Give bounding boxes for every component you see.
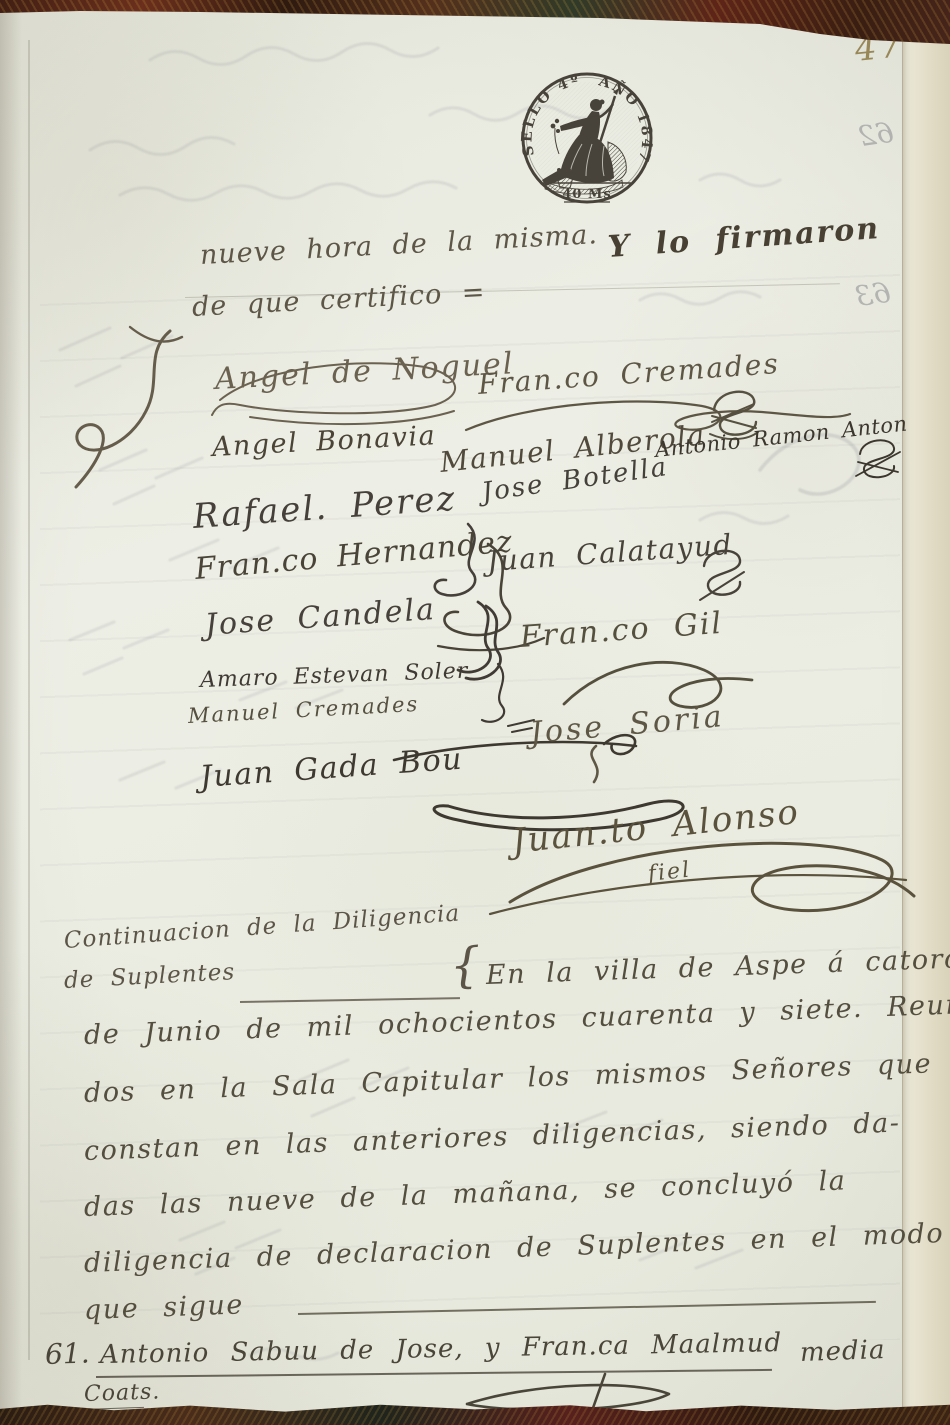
revenue-stamp: SELLO 4º AÑO 1847. 40 Ms [512, 62, 662, 222]
closing-line-part1: nueve hora de la misma. [199, 219, 598, 271]
rubric-knot-anton [848, 432, 910, 482]
manuscript-page: 62 63 47 SELLO 4º AÑO 1847. 40 Ms [0, 0, 950, 1425]
bleedthrough-number-63: 63 [853, 276, 893, 314]
rubric-knot-calatayud [688, 542, 754, 608]
binding-top-edge [0, 0, 950, 48]
margin-brace: { [449, 937, 481, 994]
signature-jose-candela: Jose Candela [204, 592, 437, 643]
bleedthrough-number-62: 62 [856, 116, 896, 154]
rubric-flourish-noguel [210, 355, 470, 430]
body-closing-rule [298, 1301, 876, 1315]
rubric-mark-soria [576, 742, 612, 788]
body-line-2: de Junio de mil ochocientos cuarenta y s… [83, 989, 950, 1051]
rubric-flourish-left-margin [70, 325, 200, 495]
entry-number: 61. [44, 1336, 90, 1371]
closing-line-certifico: de que certifico = [191, 277, 486, 323]
paper-crease [28, 40, 30, 1360]
rubric-flourish-alonso [486, 818, 922, 923]
margin-note-line-2: de Suplentes [63, 959, 236, 994]
entry-second-line: Coats. [84, 1379, 161, 1407]
margin-note-dash [240, 997, 460, 1003]
body-line-3: dos en la Sala Capitular los mismos Seño… [83, 1048, 932, 1109]
body-line-4: constan en las anteriores diligencias, s… [83, 1108, 900, 1167]
signature-manuel-cremades: Manuel Cremades [187, 692, 419, 728]
page-edge [902, 14, 950, 1409]
body-line-1: En la villa de Aspe á catorce [485, 943, 950, 991]
body-line-7: que sigue [83, 1289, 244, 1326]
gutter-shadow [0, 0, 22, 1425]
margin-note-line-1: Continuacion de la Diligencia [63, 900, 461, 954]
signature-rafael-perez: Rafael. Perez [192, 479, 458, 537]
body-line-6: diligencia de declaracion de Suplentes e… [83, 1218, 944, 1279]
entry-name: Antonio Sabuu de Jose, y Fran.ca Maalmud [100, 1328, 783, 1370]
entry-tail-word: media [799, 1335, 886, 1368]
body-line-5: das las nueve de la mañana, se concluyó … [83, 1165, 846, 1223]
